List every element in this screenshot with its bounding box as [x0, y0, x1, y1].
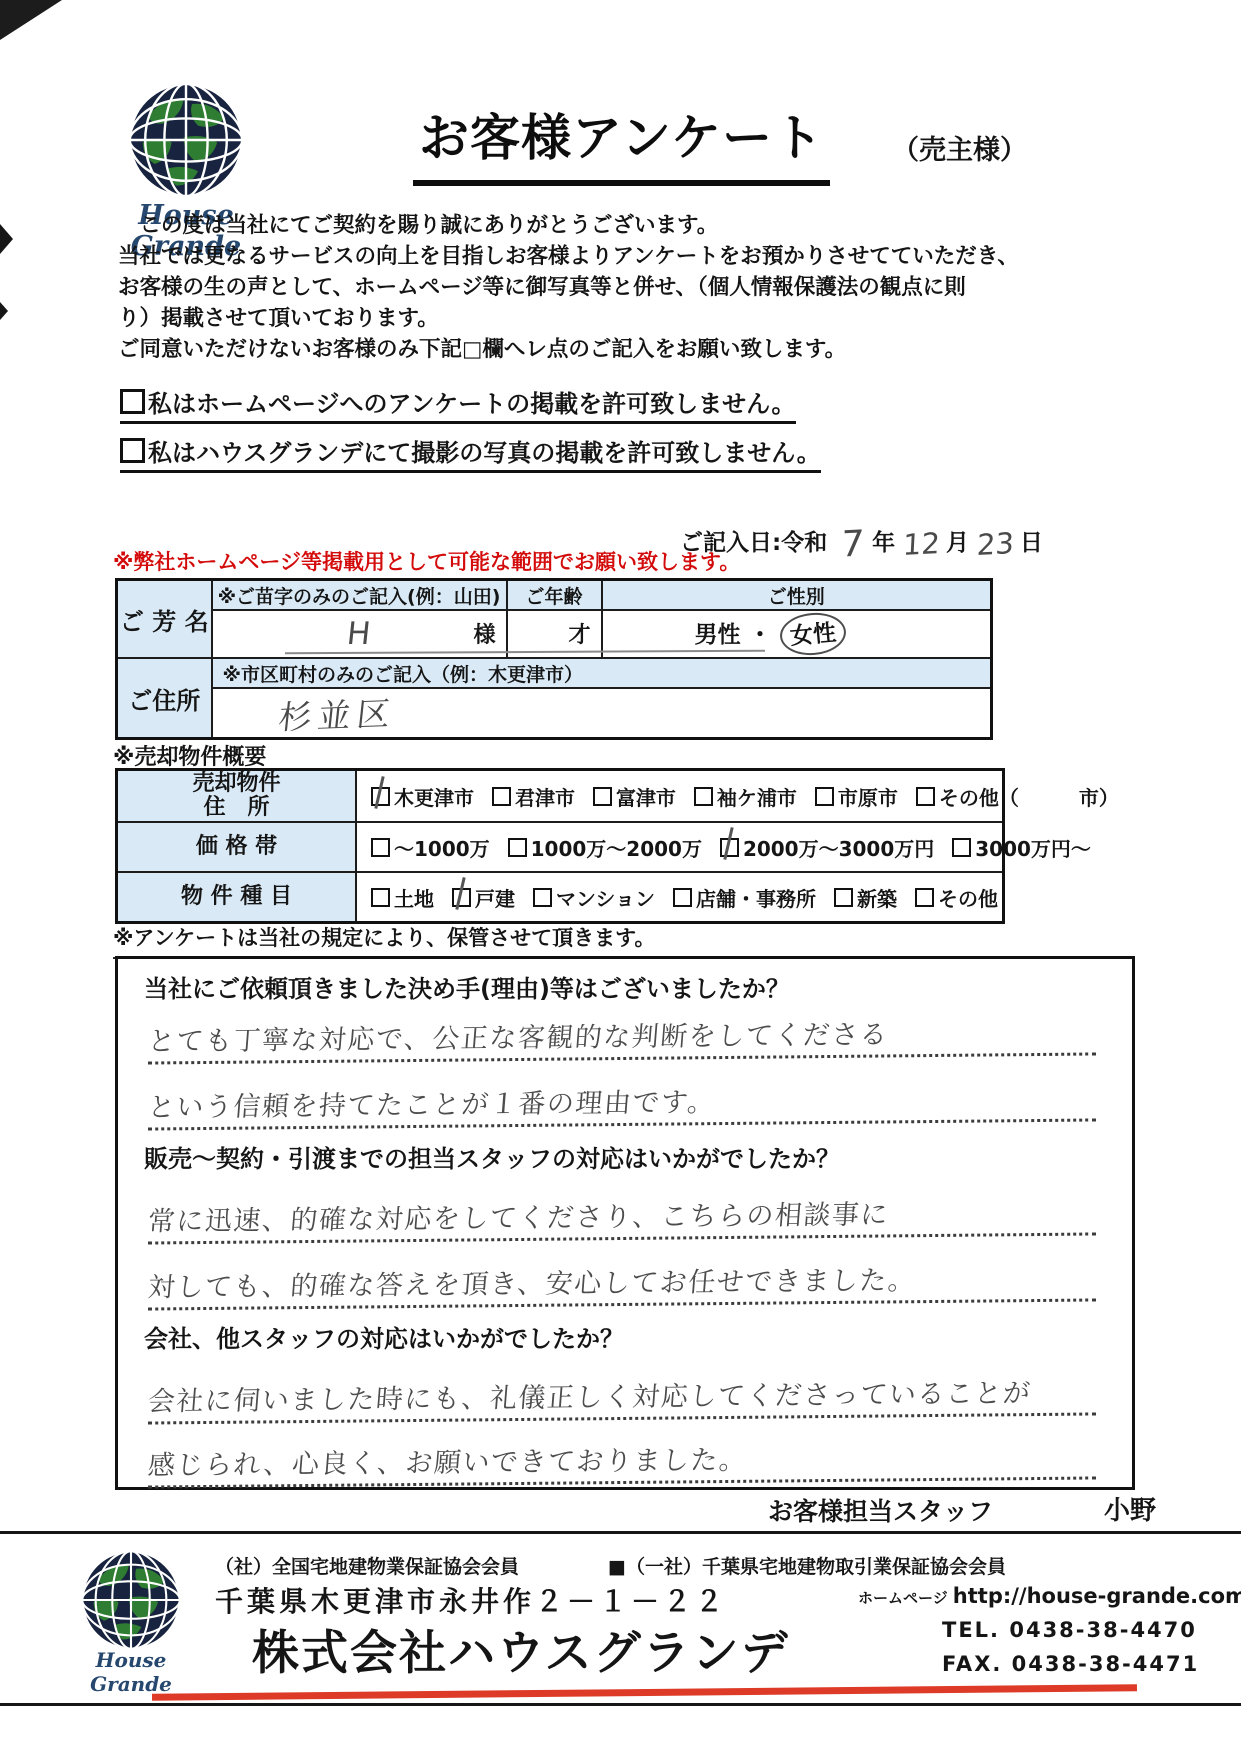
age-label: ご年齢: [507, 580, 602, 611]
optout-item-photo: 私はハウスグランデにて撮影の写真の掲載を許可致しません。: [120, 433, 821, 473]
intro-line: この度は当社にてご契約を賜り誠にありがとうございます。: [118, 210, 1078, 241]
day-label: 日: [1020, 530, 1043, 556]
question-2: 販売～契約・引渡までの担当スタッフの対応はいかがでしたか？: [144, 1139, 840, 1174]
option-under-1000[interactable]: ～1000万: [371, 837, 490, 861]
option-2000-3000[interactable]: 2000万～3000万円: [720, 837, 934, 861]
red-notice: ※弊社ホームページ等掲載用として可能な範囲でお願い致します。: [113, 546, 740, 576]
checkbox[interactable]: [492, 787, 511, 806]
option-house[interactable]: 戸建: [452, 887, 515, 911]
optout-photo-label: 私はハウスグランデにて撮影の写真の掲載を許可致しません。: [148, 439, 821, 467]
option-1000-2000[interactable]: 1000万～2000万: [508, 837, 702, 861]
option-kimitsu[interactable]: 君津市: [492, 786, 575, 810]
answer-line[interactable]: 対しても、的確な答えを頂き、安心してお任せできました。: [148, 1252, 1096, 1310]
option-over-3000[interactable]: 3000万円～: [952, 837, 1091, 861]
homepage-url[interactable]: http://house-grande.com/: [953, 1584, 1241, 1608]
homepage-label: ホームページ: [858, 1589, 948, 1607]
gender-separator: ・: [749, 622, 772, 648]
scan-artifact: [0, 302, 8, 320]
profile-table: ご 芳 名 ※ご苗字のみのご記入(例：山田) ご年齢 ご性別 H 様 才 男性 …: [115, 578, 993, 740]
handwritten-name: H: [345, 616, 372, 652]
company-name: 株式会社ハウスグランデ: [252, 1616, 790, 1683]
property-type-options: 土地 戸建 マンション 店舗・事務所 新築 その他: [356, 872, 1004, 923]
globe-icon: [126, 80, 246, 200]
handwritten-check-mark: [374, 776, 384, 809]
staff-label: お客様担当スタッフ: [768, 1492, 993, 1528]
answer-line[interactable]: 感じられ、心良く、お願いできておりました。: [148, 1430, 1096, 1488]
option-kisarazu[interactable]: 木更津市: [371, 786, 474, 810]
handwritten-check-mark: [455, 877, 465, 910]
intro-line: り）掲載させて頂いております。: [118, 303, 1078, 334]
question-1: 当社にご依頼頂きました決め手(理由)等はございましたか？: [144, 969, 790, 1004]
name-hint: ※ご苗字のみのご記入(例：山田): [212, 580, 507, 611]
intro-line: 当社では更なるサービスの向上を目指しお客様よりアンケートをお預かりさせてていただ…: [118, 241, 1078, 272]
footer-logo-brand-text: House Grande: [56, 1648, 206, 1696]
intro-line: お客様の生の声として、ホームページ等に御写真等と併せ、（個人情報保護法の観点に則: [118, 272, 1078, 303]
handwritten-answer: とても丁寧な対応で、公正な客観的な判断をしてくださる: [146, 1012, 890, 1061]
option-other-city[interactable]: その他（ 市）: [916, 786, 1119, 810]
gender-label: ご性別: [602, 580, 992, 611]
checkbox[interactable]: [371, 888, 390, 907]
intro-line: ご同意いただけないお客様のみ下記□欄へレ点のご記入をお願い致します。: [118, 334, 1078, 365]
option-mansion[interactable]: マンション: [533, 887, 655, 911]
question-3: 会社、他スタッフの対応はいかがでしたか？: [144, 1319, 624, 1354]
checkbox-checked[interactable]: [452, 888, 471, 907]
intro-paragraph: この度は当社にてご契約を賜り誠にありがとうございます。 当社では更なるサービスの…: [118, 210, 1078, 365]
fax-number: FAX. 0438-38-4471: [942, 1652, 1199, 1676]
price-range-options: ～1000万 1000万～2000万 2000万～3000万円 3000万円～: [356, 822, 1004, 872]
age-suffix: 才: [568, 618, 590, 649]
page-title: お客様アンケート: [413, 98, 830, 186]
staff-name: 小野: [1104, 1490, 1156, 1527]
handwritten-check-mark: [723, 827, 733, 860]
checkbox[interactable]: [673, 888, 692, 907]
checkbox[interactable]: [508, 838, 527, 857]
answer-line[interactable]: 会社に伺いました時にも、礼儀正しく対応してくださっていることが: [148, 1366, 1096, 1424]
answer-line[interactable]: という信頼を持てたことが１番の理由です。: [148, 1072, 1096, 1130]
tel-number: TEL. 0438-38-4470: [942, 1618, 1197, 1642]
footer-top-rule: [0, 1531, 1241, 1534]
price-range-label: 価 格 帯: [117, 822, 357, 872]
handwritten-year: 7: [840, 523, 865, 565]
optout-photo-checkbox[interactable]: [120, 438, 145, 463]
footer-house-grande-logo: House Grande: [56, 1548, 206, 1696]
option-sodegaura[interactable]: 袖ケ浦市: [694, 786, 797, 810]
handwritten-answer: 常に迅速、的確な対応をしてくださり、こちらの相談事に: [146, 1192, 890, 1241]
globe-icon: [79, 1548, 183, 1652]
address-row-label: ご住所: [117, 658, 212, 739]
year-label: 年: [872, 530, 895, 556]
checkbox[interactable]: [952, 838, 971, 857]
property-location-options: 木更津市 君津市 富津市 袖ケ浦市 市原市 その他（ 市）: [356, 770, 1004, 823]
storage-note: ※アンケートは当社の規定により、保管させて頂きます。: [113, 922, 1133, 959]
optout-survey-checkbox[interactable]: [120, 389, 145, 414]
handwritten-answer: 対しても、的確な答えを頂き、安心してお任せできました。: [146, 1258, 918, 1307]
optout-survey-label: 私はホームページへのアンケートの掲載を許可致しません。: [148, 390, 796, 418]
name-row-label: ご 芳 名: [117, 580, 212, 659]
handwritten-answer: 感じられ、心良く、お願いできておりました。: [146, 1438, 749, 1486]
checkbox[interactable]: [593, 787, 612, 806]
scan-artifact: [0, 0, 62, 40]
property-section-title: ※売却物件概要: [113, 740, 266, 771]
checkbox[interactable]: [916, 787, 935, 806]
survey-answers-box: 当社にご依頼頂きました決め手(理由)等はございましたか？ とても丁寧な対応で、公…: [115, 956, 1135, 1490]
homepage-line: ホームページ http://house-grande.com/: [858, 1584, 1241, 1608]
handwritten-day: 23: [976, 526, 1015, 562]
property-location-label: 売却物件 住 所: [117, 770, 357, 823]
checkbox[interactable]: [371, 838, 390, 857]
checkbox[interactable]: [834, 888, 853, 907]
option-other-type[interactable]: その他: [915, 887, 998, 911]
handwritten-answer: という信頼を持てたことが１番の理由です。: [146, 1080, 717, 1127]
handwritten-month: 12: [902, 526, 941, 562]
handwritten-answer: 会社に伺いました時にも、礼儀正しく対応してくださっていることが: [146, 1371, 1033, 1422]
checkbox[interactable]: [533, 888, 552, 907]
option-shop-office[interactable]: 店舗・事務所: [673, 887, 816, 911]
answer-line[interactable]: 常に迅速、的確な対応をしてくださり、こちらの相談事に: [148, 1186, 1096, 1244]
scanned-survey-page: House Grande お客様アンケート （売主様） この度は当社にてご契約を…: [0, 0, 1241, 1754]
address-field[interactable]: 杉並区: [212, 688, 992, 739]
checkbox-checked[interactable]: [371, 787, 390, 806]
property-table: 売却物件 住 所 木更津市 君津市 富津市 袖ケ浦市 市原市 その他（ 市） 価…: [115, 768, 1005, 924]
option-futtsu[interactable]: 富津市: [593, 786, 676, 810]
answer-line[interactable]: とても丁寧な対応で、公正な客観的な判断をしてくださる: [148, 1006, 1096, 1064]
date-prefix: ご記入日:令和: [680, 530, 827, 556]
optout-section: 私はホームページへのアンケートの掲載を許可致しません。 私はハウスグランデにて撮…: [120, 384, 821, 482]
month-label: 月: [946, 530, 969, 556]
name-suffix: 様: [473, 618, 495, 649]
handwritten-address: 杉並区: [276, 687, 398, 738]
company-address: 千葉県木更津市永井作２－１－２２: [215, 1580, 727, 1620]
checkbox-checked[interactable]: [720, 838, 739, 857]
checkbox[interactable]: [915, 888, 934, 907]
optout-item-survey: 私はホームページへのアンケートの掲載を許可致しません。: [120, 384, 796, 424]
company-red-underline: [152, 1684, 1137, 1700]
membership-left: （社）全国宅地建物業保証協会会員: [215, 1552, 519, 1579]
property-type-label: 物 件 種 目: [117, 872, 357, 923]
option-new-build[interactable]: 新築: [834, 887, 897, 911]
membership-right: ■（一社）千葉県宅地建物取引業保証協会会員: [608, 1552, 1006, 1579]
footer-bottom-rule: [0, 1703, 1241, 1706]
checkbox[interactable]: [694, 787, 713, 806]
scan-artifact: [0, 224, 13, 254]
date-line: ご記入日:令和7年12月23日: [680, 524, 1043, 565]
gender-female-option-circled: 女性: [778, 610, 847, 658]
option-ichihara[interactable]: 市原市: [815, 786, 898, 810]
audience-label: （売主様）: [892, 128, 1027, 167]
address-hint: ※市区町村のみのご記入（例：木更津市）: [212, 658, 992, 688]
gender-male-option: 男性: [695, 622, 741, 648]
option-land[interactable]: 土地: [371, 887, 434, 911]
checkbox[interactable]: [815, 787, 834, 806]
